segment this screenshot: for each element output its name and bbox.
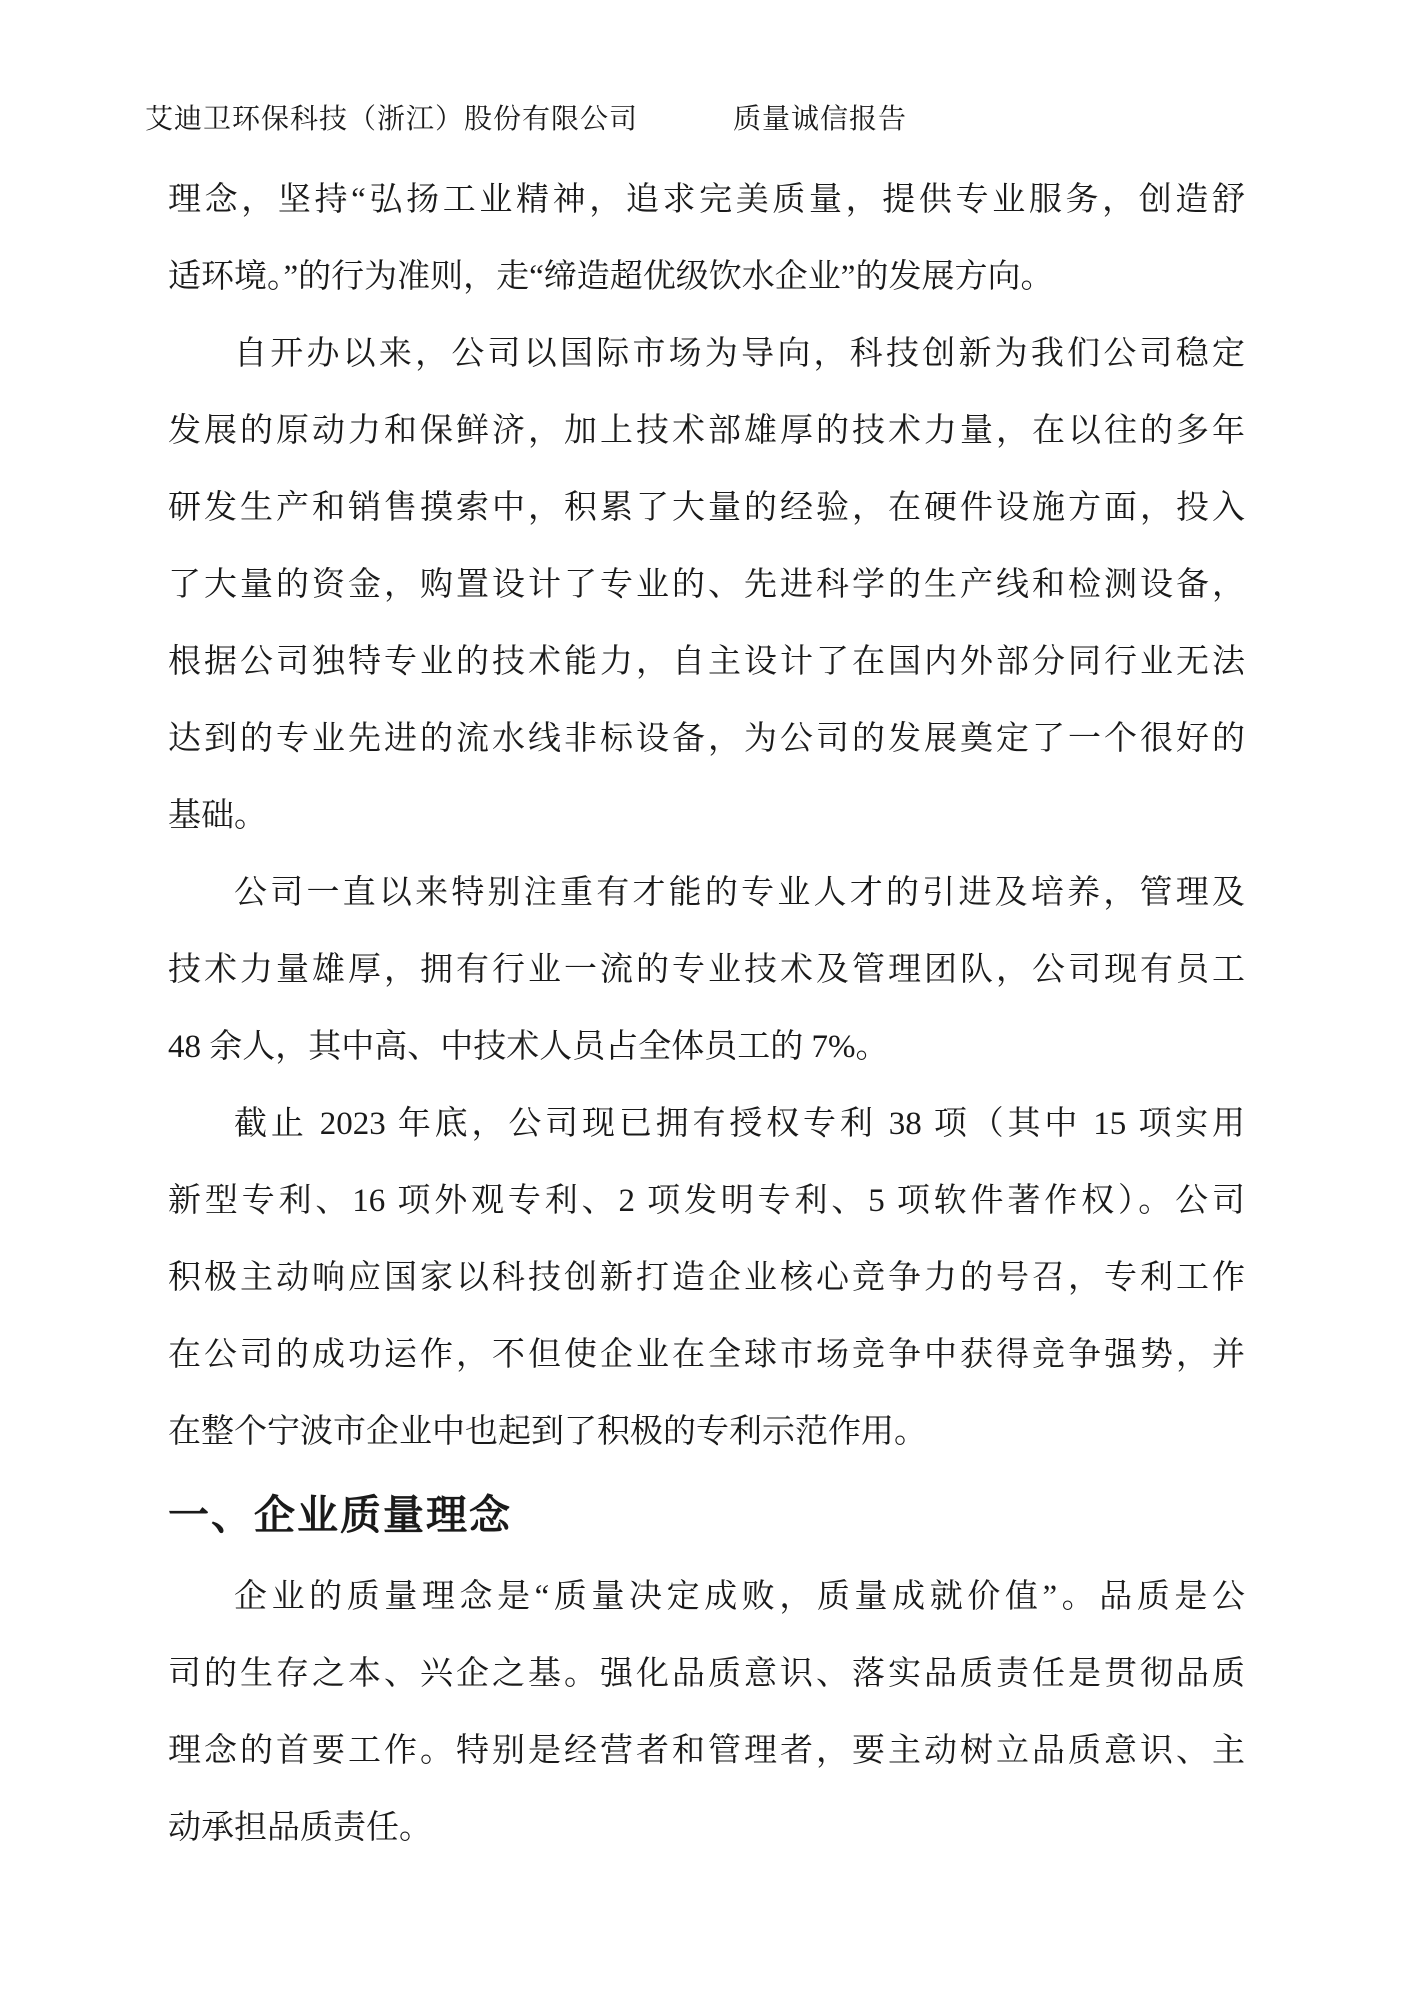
text-line: 根据公司独特专业的技术能力，自主设计了在国内外部分同行业无法	[168, 624, 1245, 701]
page-header: 艾迪卫环保科技（浙江）股份有限公司质量诚信报告	[145, 102, 1246, 138]
section-heading: 一、企业质量理念	[168, 1471, 1245, 1559]
paragraph: 理念，坚持“弘扬工业精神，追求完美质量，提供专业服务，创造舒适环境。”的行为准则…	[168, 162, 1245, 316]
text-line: 理念的首要工作。特别是经营者和管理者，要主动树立品质意识、主	[168, 1713, 1245, 1790]
report-title: 质量诚信报告	[733, 104, 907, 135]
text-line: 达到的专业先进的流水线非标设备，为公司的发展奠定了一个很好的	[168, 701, 1245, 778]
text-line: 公司一直以来特别注重有才能的专业人才的引进及培养，管理及	[168, 855, 1245, 932]
text-line: 理念，坚持“弘扬工业精神，追求完美质量，提供专业服务，创造舒	[168, 162, 1245, 239]
text-line: 企业的质量理念是“质量决定成败，质量成就价值”。品质是公	[168, 1559, 1245, 1636]
paragraph: 公司一直以来特别注重有才能的专业人才的引进及培养，管理及技术力量雄厚，拥有行业一…	[168, 855, 1245, 1086]
text-line: 新型专利、16 项外观专利、2 项发明专利、5 项软件著作权）。公司	[168, 1163, 1245, 1240]
text-line: 积极主动响应国家以科技创新打造企业核心竞争力的号召，专利工作	[168, 1240, 1245, 1317]
document-page: 艾迪卫环保科技（浙江）股份有限公司质量诚信报告 理念，坚持“弘扬工业精神，追求完…	[0, 0, 1414, 2000]
text-line: 司的生存之本、兴企之基。强化品质意识、落实品质责任是贯彻品质	[168, 1636, 1245, 1713]
document-body: 理念，坚持“弘扬工业精神，追求完美质量，提供专业服务，创造舒适环境。”的行为准则…	[168, 162, 1245, 1867]
text-line: 适环境。”的行为准则，走“缔造超优级饮水企业”的发展方向。	[168, 239, 1245, 316]
text-line: 技术力量雄厚，拥有行业一流的专业技术及管理团队，公司现有员工	[168, 932, 1245, 1009]
paragraph: 企业的质量理念是“质量决定成败，质量成就价值”。品质是公司的生存之本、兴企之基。…	[168, 1559, 1245, 1867]
text-line: 研发生产和销售摸索中，积累了大量的经验，在硬件设施方面，投入	[168, 470, 1245, 547]
text-line: 48 余人，其中高、中技术人员占全体员工的 7%。	[168, 1009, 1245, 1086]
text-line: 动承担品质责任。	[168, 1790, 1245, 1867]
paragraph: 自开办以来，公司以国际市场为导向，科技创新为我们公司稳定发展的原动力和保鲜济，加…	[168, 316, 1245, 855]
text-line: 自开办以来，公司以国际市场为导向，科技创新为我们公司稳定	[168, 316, 1245, 393]
text-line: 发展的原动力和保鲜济，加上技术部雄厚的技术力量，在以往的多年	[168, 393, 1245, 470]
text-line: 在公司的成功运作，不但使企业在全球市场竞争中获得竞争强势，并	[168, 1317, 1245, 1394]
text-line: 一、企业质量理念	[168, 1471, 1245, 1559]
text-line: 了大量的资金，购置设计了专业的、先进科学的生产线和检测设备，	[168, 547, 1245, 624]
paragraph: 截止 2023 年底，公司现已拥有授权专利 38 项（其中 15 项实用新型专利…	[168, 1086, 1245, 1471]
text-line: 截止 2023 年底，公司现已拥有授权专利 38 项（其中 15 项实用	[168, 1086, 1245, 1163]
text-line: 在整个宁波市企业中也起到了积极的专利示范作用。	[168, 1394, 1245, 1471]
company-name: 艾迪卫环保科技（浙江）股份有限公司	[145, 104, 638, 135]
text-line: 基础。	[168, 778, 1245, 855]
